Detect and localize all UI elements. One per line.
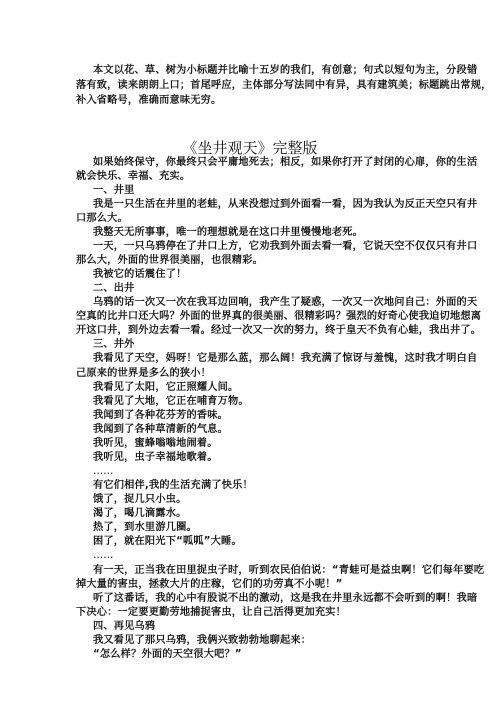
paragraph-line: 我看见了天空，妈呀！它是那么蓝，那么阔！我充满了惊讶与羞愧，这时我才明白自	[93, 351, 449, 367]
summary-line: 本文以花、草、树为小标题并比喻十五岁的我们，有创意；句式以短句为主，分段错	[93, 63, 449, 79]
document-page: 本文以花、草、树为小标题并比喻十五岁的我们，有创意；句式以短句为主，分段错 落有…	[0, 0, 500, 707]
paragraph-line: “怎么样？外面的天空很大吧？”	[93, 647, 449, 663]
ellipsis-line: ……	[93, 548, 449, 564]
summary-line: 落有致，读来朗朗上口；首尾呼应，主体部分写法同中有异，具有建筑美；标题跳出常规，	[76, 78, 432, 94]
summary-line: 补入省略号，准确而意味无穷。	[76, 93, 432, 109]
